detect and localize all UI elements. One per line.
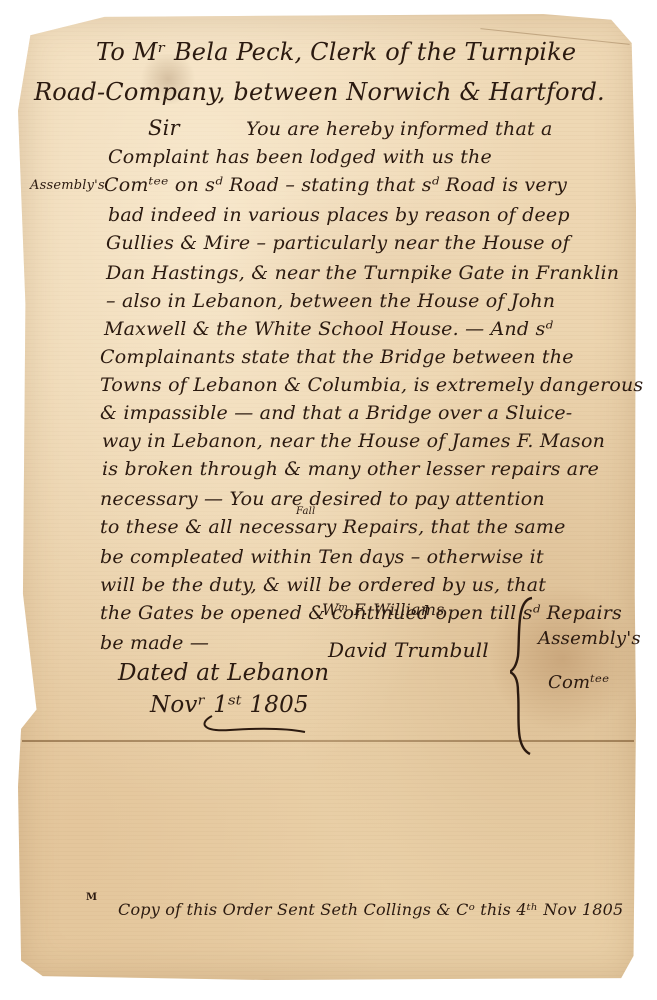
- address-line-2: Road-Company, between Norwich & Hartford…: [34, 78, 605, 106]
- body-line: be made —: [100, 632, 209, 654]
- signature-williams: Wᵐ F. Williams: [322, 600, 444, 619]
- committee-label-line-1: Assembly's: [538, 628, 641, 649]
- body-line: – also in Lebanon, between the House of …: [106, 290, 555, 312]
- salutation: Sir: [148, 116, 180, 140]
- body-line: Complainants state that the Bridge betwe…: [100, 346, 574, 368]
- fold-line: [22, 740, 634, 742]
- body-line: Complaint has been lodged with us the: [108, 146, 492, 168]
- body-line: You are hereby informed that a: [246, 118, 553, 140]
- page: To Mʳ Bela Peck, Clerk of the Turnpike R…: [0, 0, 657, 1000]
- body-line: Comᵗᵉᵉ on sᵈ Road – stating that sᵈ Road…: [104, 174, 567, 196]
- body-line: way in Lebanon, near the House of James …: [102, 430, 605, 452]
- body-line: Maxwell & the White School House. — And …: [104, 318, 553, 340]
- body-line: necessary — You are desired to pay atten…: [100, 488, 545, 510]
- body-line: bad indeed in various places by reason o…: [108, 204, 570, 226]
- address-line-1: To Mʳ Bela Peck, Clerk of the Turnpike: [96, 38, 576, 66]
- body-line: Dan Hastings, & near the Turnpike Gate i…: [106, 262, 619, 284]
- insertion-fall: Fall: [296, 506, 315, 517]
- footer-note: Copy of this Order Sent Seth Collings & …: [118, 900, 623, 919]
- body-line: Gullies & Mire – particularly near the H…: [106, 232, 570, 254]
- flourish-underline: [190, 712, 310, 736]
- body-line: Towns of Lebanon & Columbia, is extremel…: [100, 374, 643, 396]
- footer-mark: M: [86, 892, 97, 903]
- brace-icon: [510, 596, 536, 756]
- signature-trumbull: David Trumbull: [328, 638, 489, 662]
- body-line: will be the duty, & will be ordered by u…: [100, 574, 546, 596]
- body-line: to these & all necessary Repairs, that t…: [100, 516, 566, 538]
- body-line: is broken through & many other lesser re…: [102, 458, 599, 480]
- dateline-place: Dated at Lebanon: [118, 660, 329, 686]
- body-line: & impassible — and that a Bridge over a …: [100, 402, 572, 424]
- committee-label-line-2: Comᵗᵉᵉ: [548, 672, 609, 693]
- margin-note: Assembly's: [30, 178, 105, 193]
- body-line: be compleated within Ten days – otherwis…: [100, 546, 544, 568]
